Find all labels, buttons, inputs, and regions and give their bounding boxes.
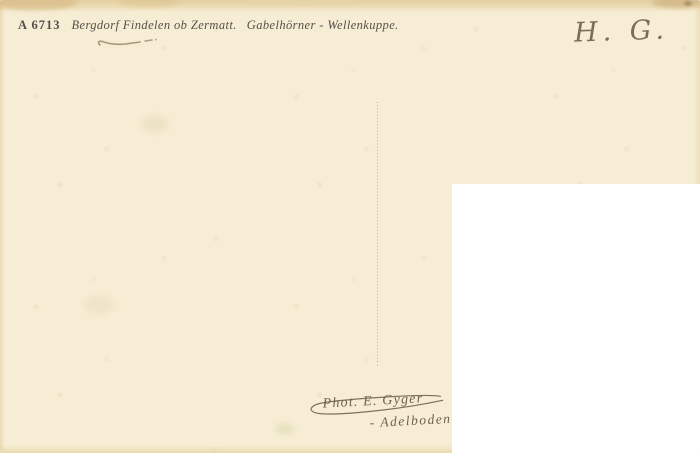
aged-right-edge (694, 0, 700, 184)
aged-bottom-edge (0, 445, 452, 453)
caption-line: A 6713 Bergdorf Findelen ob Zermatt. Gab… (18, 18, 399, 33)
photographer-location: - Adelboden (369, 411, 452, 431)
caption-title: Bergdorf Findelen ob Zermatt. (71, 18, 236, 33)
blank-cutout-region (452, 184, 700, 453)
handwritten-initials: H. G. (573, 14, 669, 48)
caption-subtitle: Gabelhörner - Wellenkuppe. (247, 18, 399, 33)
aged-left-edge (0, 0, 5, 453)
catalog-number: A 6713 (18, 18, 60, 33)
aging-stain (684, 1, 692, 6)
pencil-underline-flourish (96, 36, 164, 48)
paper-spot (142, 116, 168, 132)
paper-spot (84, 296, 114, 314)
paper-spot (276, 424, 294, 434)
divider-dotted-line (377, 102, 378, 366)
postcard-back: A 6713 Bergdorf Findelen ob Zermatt. Gab… (0, 0, 700, 453)
photographer-signature: Phot. E. Gyger - Adelboden (306, 386, 476, 395)
